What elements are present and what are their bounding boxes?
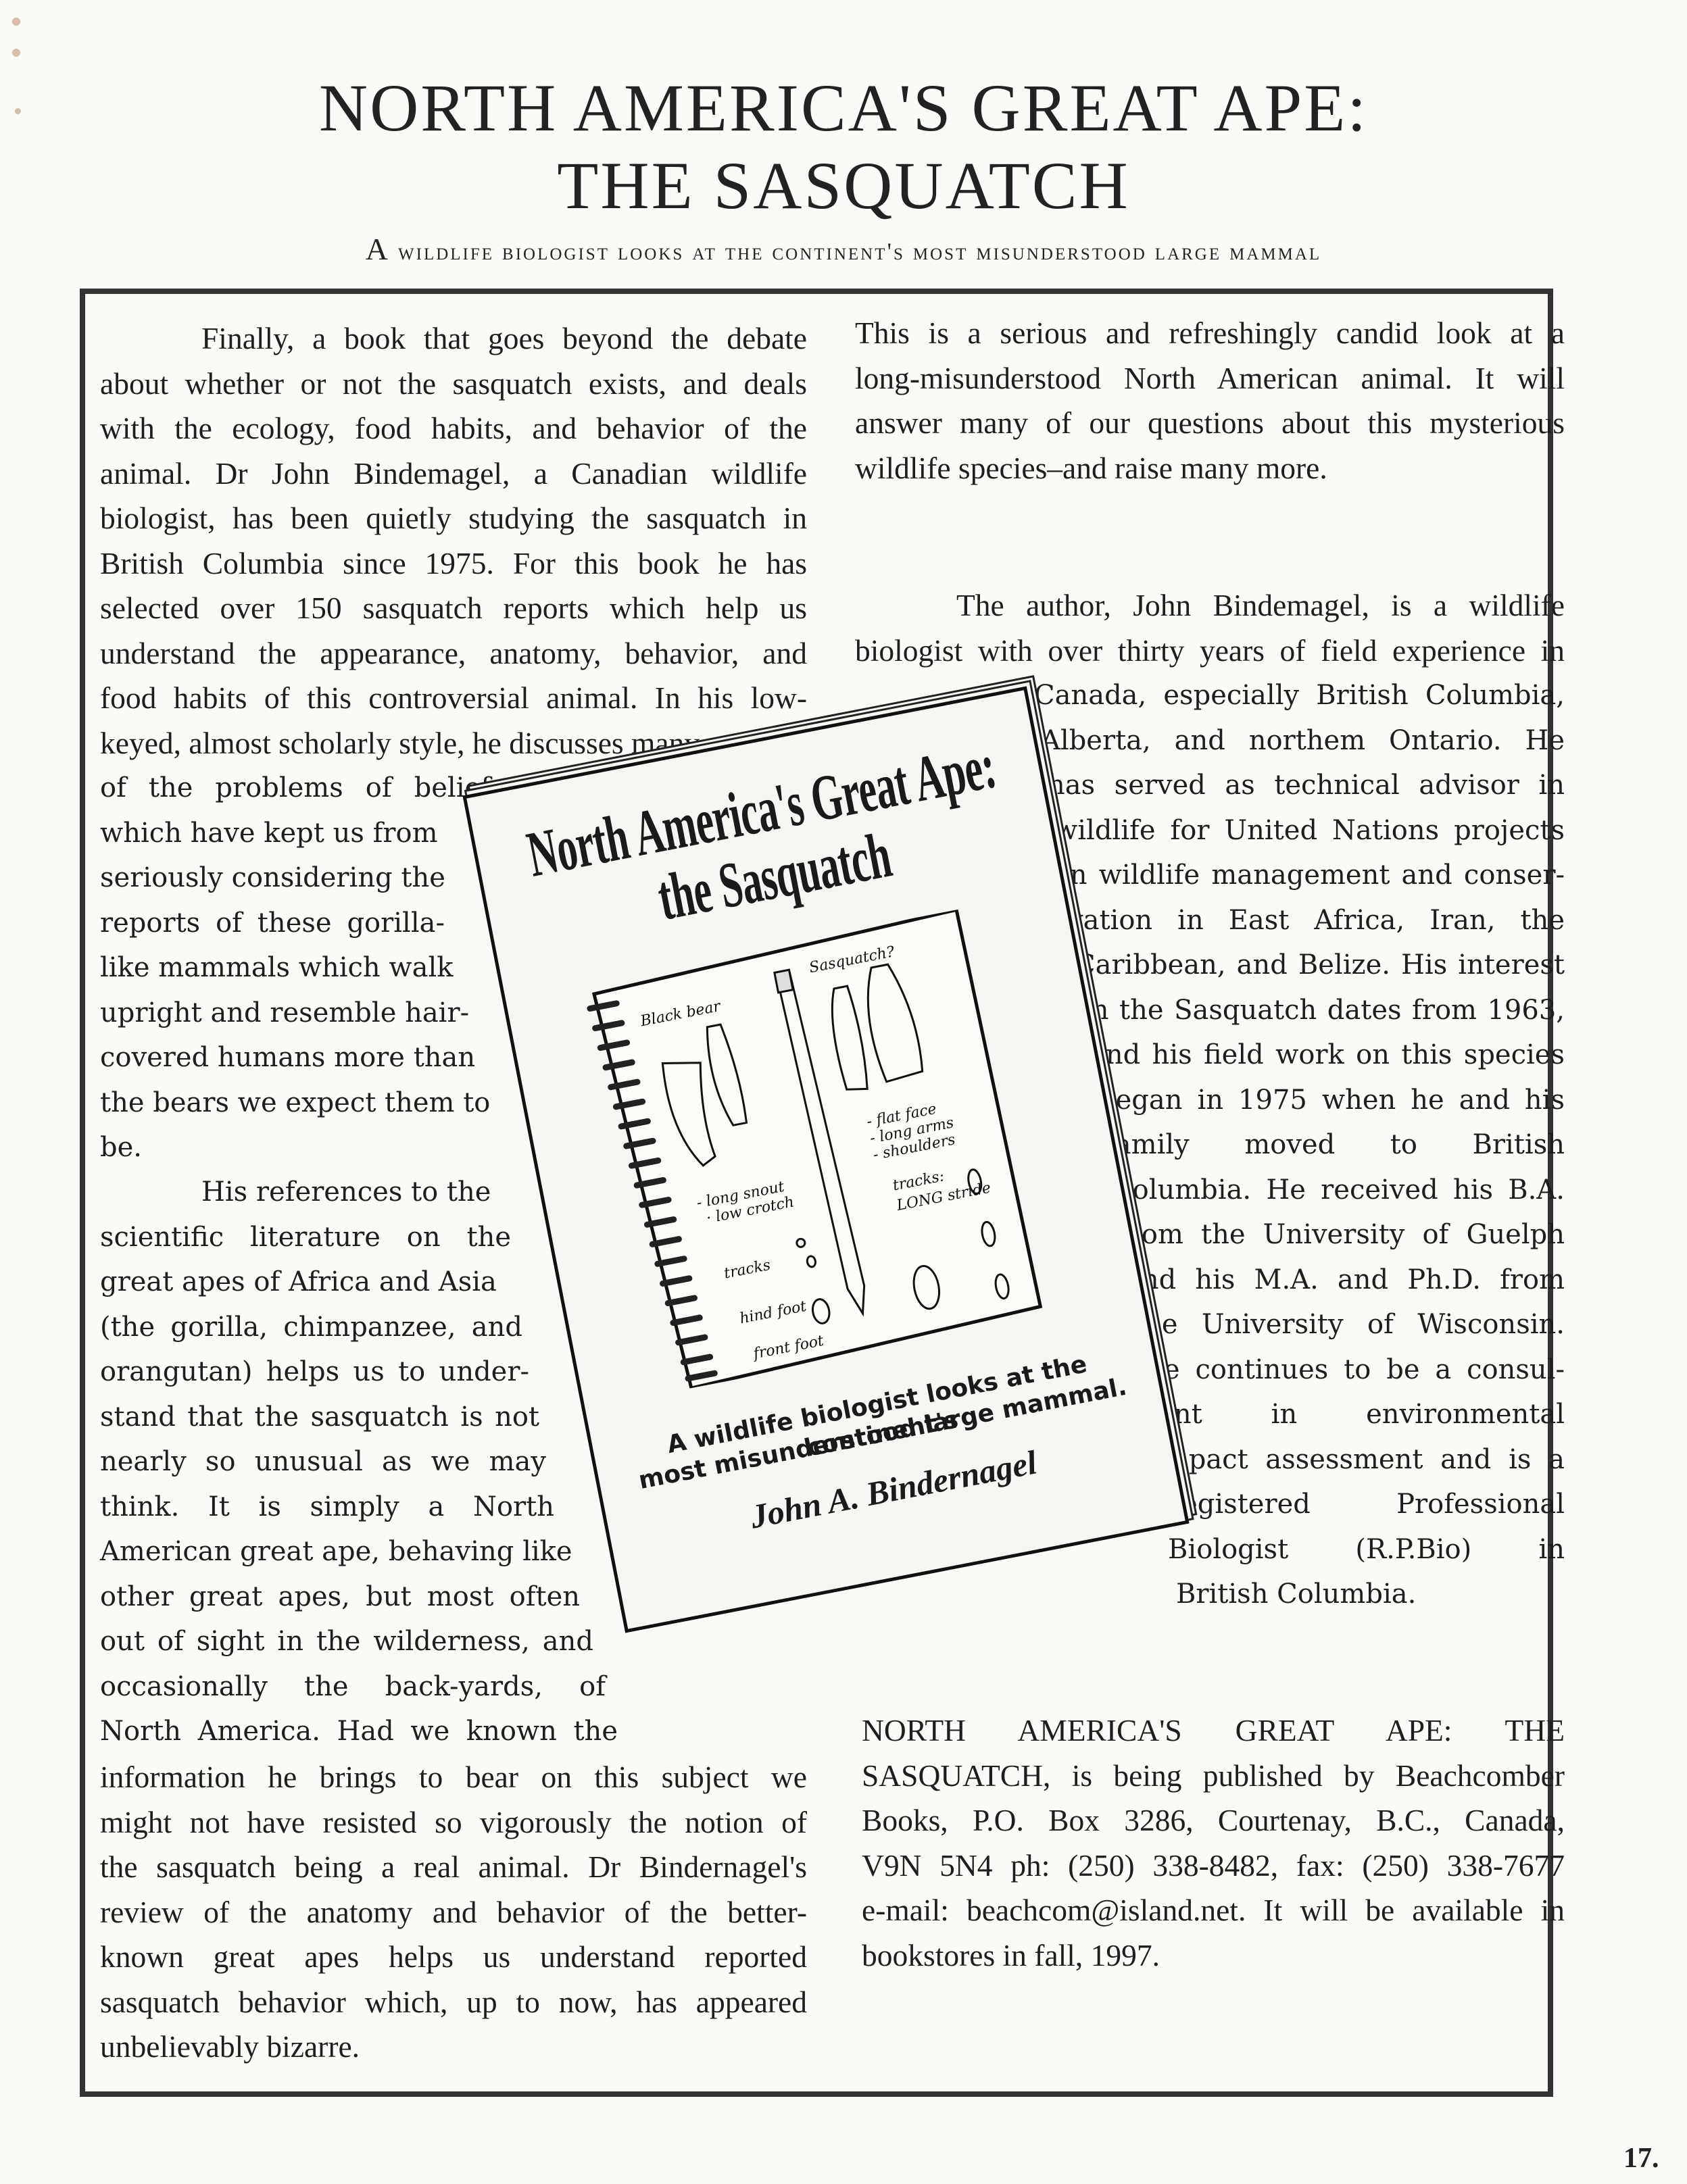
text-line: with the ecology, food habits, and behav… <box>100 406 807 451</box>
subtitle-text: wildlife biologist looks at the continen… <box>390 238 1321 265</box>
text-line: impact assessment and is a <box>1154 1437 1565 1483</box>
text-line: think. It is simply a North <box>100 1485 554 1530</box>
text-line: unbelievably bizarre. <box>100 2025 807 2070</box>
page-number: 17. <box>1623 2142 1659 2175</box>
text-line: and his field work on this species <box>1090 1033 1565 1078</box>
text-line: North America. Had we known the <box>100 1709 618 1754</box>
text-line: has served as technical advisor in <box>1048 763 1565 808</box>
article-title-line-2: THE SASQUATCH <box>0 152 1687 220</box>
text-line: be. <box>100 1125 492 1170</box>
text-line: long-misunderstood North American animal… <box>855 356 1565 401</box>
text-line: began in 1975 when he and his <box>1098 1078 1565 1123</box>
text-line: known great apes helps us understand rep… <box>100 1935 807 1980</box>
text-line: He continues to be a consul- <box>1140 1347 1565 1393</box>
text-line: covered humans more than <box>100 1035 492 1081</box>
text-line: e-mail: beachcom@island.net. It will be … <box>862 1888 1565 1933</box>
text-line: NORTH AMERICA'S GREAT APE: THE <box>862 1708 1565 1754</box>
text-line: like mammals which walk <box>100 945 492 991</box>
left-column-paragraph-2-bottom: information he brings to bear on this su… <box>100 1755 807 2070</box>
text-line: Finally, a book that goes beyond the deb… <box>100 316 807 362</box>
text-line: animal. Dr John Bindemagel, a Canadian w… <box>100 451 807 497</box>
text-line: in the Sasquatch dates from 1963, <box>1083 988 1565 1033</box>
text-line: V9N 5N4 ph: (250) 338-8482, fax: (250) 3… <box>862 1843 1565 1889</box>
text-line: of the problems of belief <box>100 766 491 811</box>
text-line: biologist with over thirty years of fiel… <box>855 628 1565 674</box>
left-column-paragraph-2: His references to the scientific literat… <box>100 1170 620 1754</box>
text-line: the bears we expect them to <box>100 1081 492 1126</box>
text-line: bookstores in fall, 1997. <box>862 1933 1565 1979</box>
text-line: from the University of Guelph <box>1119 1212 1565 1258</box>
text-line: the sasquatch being a real animal. Dr Bi… <box>100 1845 807 1890</box>
text-line: out of sight in the wilderness, and <box>100 1619 593 1664</box>
text-line: (the gorilla, chimpanzee, and <box>100 1305 522 1350</box>
text-line: review of the anatomy and behavior of th… <box>100 1890 807 1935</box>
text-line: Canada, especially British Columbia, <box>1034 673 1565 718</box>
text-line: SASQUATCH, is being published by Beachco… <box>862 1754 1565 1799</box>
text-line: answer many of our questions about this … <box>855 401 1565 446</box>
text-line: which have kept us from <box>100 811 492 856</box>
left-column-wrap: of the problems of belief which have kep… <box>100 766 492 1170</box>
text-line: Biologist (R.P.Bio) in <box>1168 1527 1565 1572</box>
text-line: British Columbia. <box>1176 1572 1565 1617</box>
text-line: tant in environmental <box>1147 1392 1565 1437</box>
text-line: scientific literature on the <box>100 1215 511 1260</box>
article-title-line-1: NORTH AMERICA'S GREAT APE: <box>0 74 1687 142</box>
text-line: The author, John Bindemagel, is a wildli… <box>956 583 1565 628</box>
text-line: Books, P.O. Box 3286, Courtenay, B.C., C… <box>862 1798 1565 1843</box>
right-column-intro: This is a serious and refreshingly candi… <box>855 311 1565 491</box>
text-line: family moved to British <box>1105 1122 1565 1168</box>
text-line: understand the appearance, anatomy, beha… <box>100 631 807 676</box>
text-line: sasquatch behavior which, up to now, has… <box>100 1980 807 2025</box>
text-line: great apes of Africa and Asia <box>100 1260 620 1305</box>
text-line: might not have resisted so vigorously th… <box>100 1800 807 1845</box>
text-line: the University of Wisconsin. <box>1133 1302 1565 1347</box>
article-subtitle: A wildlife biologist looks at the contin… <box>0 231 1687 267</box>
text-line: American great ape, behaving like <box>100 1529 566 1574</box>
text-line: Columbia. He received his B.A. <box>1112 1168 1565 1213</box>
text-line: Registered Professional <box>1161 1482 1565 1527</box>
text-line: reports of these gorilla- <box>100 901 445 946</box>
text-line: food habits of this controversial animal… <box>100 676 807 721</box>
text-line: Caribbean, and Belize. His interest <box>1075 943 1565 988</box>
right-column-author-bio: The author, John Bindemagel, is a wildli… <box>855 583 1565 673</box>
notebook-sketch-illustration: Black bear Sasquatch? - long snout · low… <box>565 906 1056 1397</box>
text-line: orangutan) helps us to under- <box>100 1349 529 1395</box>
text-line: nearly so unusual as we may <box>100 1439 546 1485</box>
subtitle-initial: A <box>366 232 390 266</box>
text-line: and his M.A. and Ph.D. from <box>1125 1258 1565 1303</box>
text-line: seriously considering the <box>100 855 445 901</box>
right-column-publisher-info: NORTH AMERICA'S GREAT APE: THE SASQUATCH… <box>862 1708 1565 1978</box>
text-line: Alberta, and northem Ontario. He <box>1041 718 1565 764</box>
text-line: information he brings to bear on this su… <box>100 1755 807 1800</box>
text-line: vation in East Africa, Iran, the <box>1068 898 1565 943</box>
text-line: selected over 150 sasquatch reports whic… <box>100 586 807 631</box>
text-line: British Columbia since 1975. For this bo… <box>100 541 807 587</box>
left-column: Finally, a book that goes beyond the deb… <box>100 316 807 766</box>
text-line: biologist, has been quietly studying the… <box>100 496 807 541</box>
text-line: about whether or not the sasquatch exist… <box>100 362 807 407</box>
text-line: This is a serious and refreshingly candi… <box>855 311 1565 356</box>
text-line: upright and resemble hair- <box>100 991 492 1036</box>
text-line: wildlife for United Nations projects <box>1054 808 1565 853</box>
text-line: occasionally the back-yards, of <box>100 1664 606 1710</box>
text-line: other great apes, but most often <box>100 1574 580 1620</box>
text-line: wildlife species–and raise many more. <box>855 446 1565 491</box>
text-line: in wildlife management and conser- <box>1061 853 1565 898</box>
text-line: stand that the sasquatch is not <box>100 1395 539 1440</box>
